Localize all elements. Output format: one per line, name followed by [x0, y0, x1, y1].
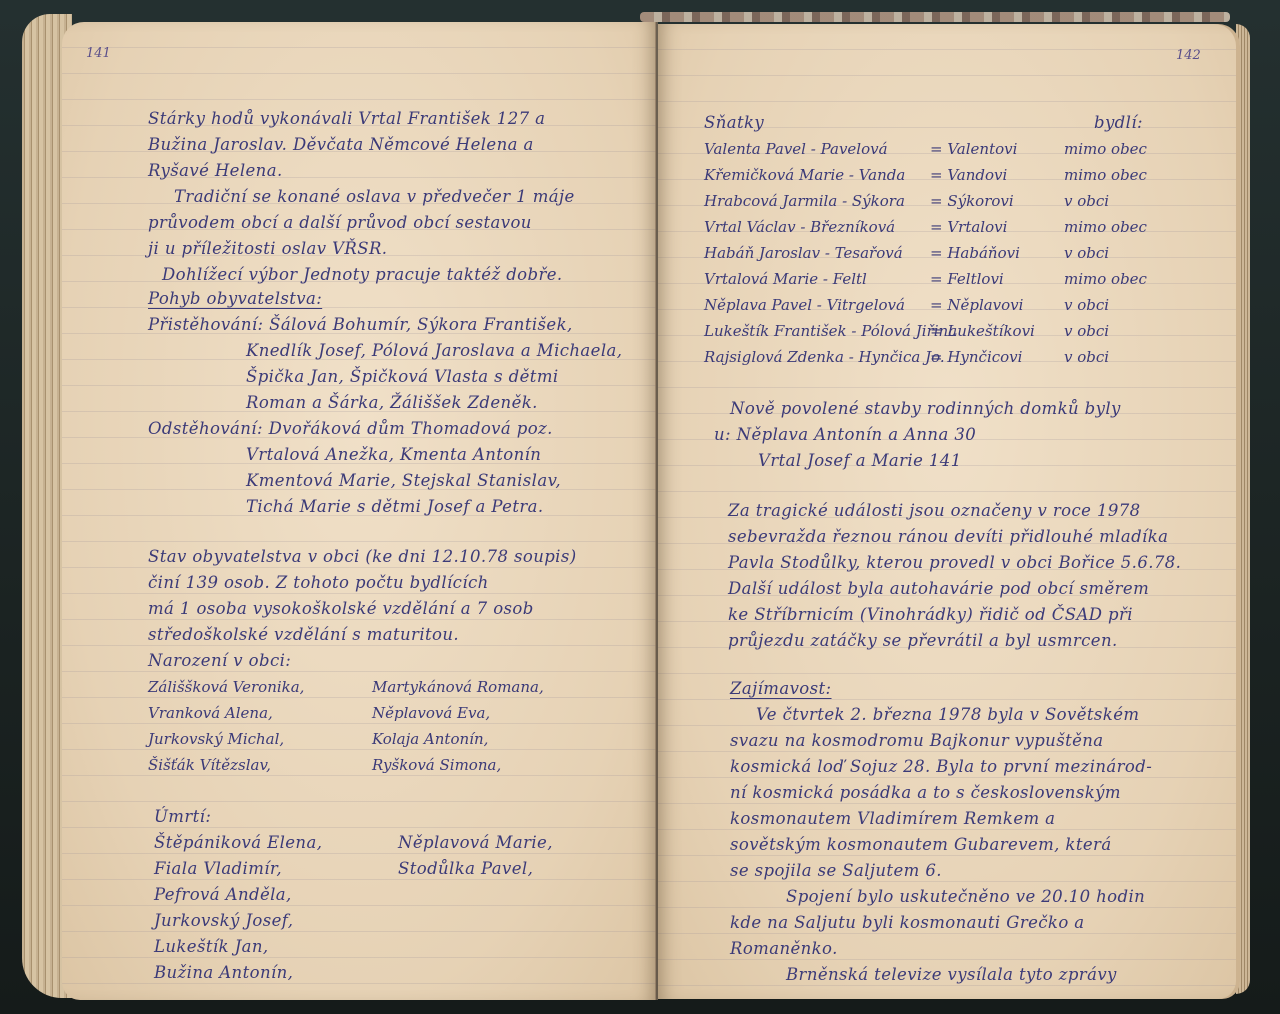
birth-name: Martykánová Romana, — [372, 674, 544, 700]
text-line: sovětským kosmonautem Gubarevem, která — [730, 832, 1112, 858]
birth-name: Jurkovský Michal, — [148, 726, 284, 752]
text-line: Ryšavé Helena. — [148, 158, 283, 184]
couple: Hrabcová Jarmila - Sýkora — [704, 188, 905, 214]
marriage-row: Habáň Jaroslav - Tesařová = Habáňovi v o… — [704, 240, 1224, 266]
text-line: u: Něplava Antonín a Anna 30 — [714, 422, 976, 448]
text-line: kosmická loď Sojuz 28. Byla to první mez… — [730, 754, 1152, 780]
couple: Valenta Pavel - Pavelová — [704, 136, 888, 162]
text-line: Brněnská televize vysílala tyto zprávy — [786, 962, 1117, 988]
page-number: 142 — [1176, 48, 1201, 63]
section-heading-births: Narození v obci: — [148, 648, 291, 674]
residence: v obci — [1064, 292, 1109, 318]
couple: Rajsiglová Zdenka - Hynčica Jo. — [704, 344, 945, 370]
family-name: = Hynčicovi — [930, 344, 1022, 370]
text-line: Odstěhování: Dvořáková dům Thomadová poz… — [148, 416, 553, 442]
death-name: Lukeštík Jan, — [154, 934, 269, 960]
couple: Něplava Pavel - Vitrgelová — [704, 292, 905, 318]
births-row: Záliššková Veronika, Martykánová Romana, — [148, 674, 648, 700]
births-row: Šišťák Vítězslav, Ryšková Simona, — [148, 752, 648, 778]
births-row: Vranková Alena, Něplavová Eva, — [148, 700, 648, 726]
death-name: Pefrová Anděla, — [154, 882, 292, 908]
text-line: Spojení bylo uskutečněno ve 20.10 hodin — [786, 884, 1145, 910]
birth-name: Kolaja Antonín, — [372, 726, 488, 752]
residence: mimo obec — [1064, 214, 1147, 240]
text-line: Přistěhování: Šálová Bohumír, Sýkora Fra… — [148, 312, 573, 338]
family-name: = Něplavovi — [930, 292, 1023, 318]
left-page: 141 Stárky hodů vykonávali Vrtal Františ… — [62, 22, 656, 1000]
text-line: Stav obyvatelstva v obci (ke dni 12.10.7… — [148, 544, 577, 570]
marriage-row: Vrtal Václav - Březníková = Vrtalovi mim… — [704, 214, 1224, 240]
death-name: Fiala Vladimír, — [154, 856, 282, 882]
couple: Křemičková Marie - Vanda — [704, 162, 905, 188]
section-heading-marriages: Sňatky — [704, 110, 764, 136]
section-heading-population: Pohyb obyvatelstva: — [148, 286, 322, 312]
text-line: Knedlík Josef, Pólová Jaroslava a Michae… — [246, 338, 622, 364]
family-name: = Lukeštíkovi — [930, 318, 1035, 344]
birth-name: Vranková Alena, — [148, 700, 273, 726]
text-line: Nově povolené stavby rodinných domků byl… — [730, 396, 1121, 422]
text-line: Dohlížecí výbor Jednoty pracuje taktéž d… — [162, 262, 563, 288]
marriage-row: Křemičková Marie - Vanda = Vandovi mimo … — [704, 162, 1224, 188]
death-name: Jurkovský Josef, — [154, 908, 293, 934]
page-number: 141 — [86, 46, 111, 61]
couple: Habáň Jaroslav - Tesařová — [704, 240, 903, 266]
residence: mimo obec — [1064, 266, 1147, 292]
text-line: Pavla Stodůlky, kterou provedl v obci Bo… — [728, 550, 1181, 576]
text-line: průvodem obcí a další průvod obcí sestav… — [148, 210, 532, 236]
death-name: Štěpániková Elena, — [154, 830, 322, 856]
text-line: kde na Saljutu byli kosmonauti Grečko a — [730, 910, 1085, 936]
death-name: Něplavová Marie, — [398, 830, 553, 856]
text-line: sebevražda řeznou ránou devíti přidlouhé… — [728, 524, 1168, 550]
couple: Vrtalová Marie - Feltl — [704, 266, 867, 292]
text-line: Stárky hodů vykonávali Vrtal František 1… — [148, 106, 545, 132]
text-line: středoškolské vzdělání s maturitou. — [148, 622, 459, 648]
marriage-row: Něplava Pavel - Vitrgelová = Něplavovi v… — [704, 292, 1224, 318]
family-name: = Habáňovi — [930, 240, 1020, 266]
text-line: Vrtal Josef a Marie 141 — [758, 448, 962, 474]
residence: v obci — [1064, 344, 1109, 370]
text-line: Špička Jan, Špičková Vlasta s dětmi — [246, 364, 559, 390]
text-line: Tichá Marie s dětmi Josef a Petra. — [246, 494, 544, 520]
marriage-row: Hrabcová Jarmila - Sýkora = Sýkorovi v o… — [704, 188, 1224, 214]
text-line: ji u příležitosti oslav VŘSR. — [148, 236, 387, 262]
text-line: ke Stříbrnicím (Vinohrádky) řidič od ČSA… — [728, 602, 1133, 628]
death-name: Bužina Antonín, — [154, 960, 293, 986]
text-line: Bužina Jaroslav. Děvčata Němcové Helena … — [148, 132, 534, 158]
residence: v obci — [1064, 188, 1109, 214]
couple: Lukeštík František - Pólová Jiřina — [704, 318, 957, 344]
text-line: svazu na kosmodromu Bajkonur vypuštěna — [730, 728, 1104, 754]
text-line: Ve čtvrtek 2. března 1978 byla v Sovětsk… — [756, 702, 1139, 728]
text-line: Kmentová Marie, Stejskal Stanislav, — [246, 468, 561, 494]
birth-name: Šišťák Vítězslav, — [148, 752, 271, 778]
family-name: = Vrtalovi — [930, 214, 1007, 240]
text-line: průjezdu zatáčky se převrátil a byl usmr… — [728, 628, 1118, 654]
text-line: ní kosmická posádka a to s československ… — [730, 780, 1121, 806]
section-heading-interesting: Zajímavost: — [730, 676, 832, 702]
residence: v obci — [1064, 318, 1109, 344]
text-line: Za tragické události jsou označeny v roc… — [728, 498, 1141, 524]
marriage-row: Rajsiglová Zdenka - Hynčica Jo. = Hynčic… — [704, 344, 1224, 370]
couple: Vrtal Václav - Březníková — [704, 214, 895, 240]
text-line: má 1 osoba vysokoškolské vzdělání a 7 os… — [148, 596, 534, 622]
marriage-row: Valenta Pavel - Pavelová = Valentovi mim… — [704, 136, 1224, 162]
birth-name: Něplavová Eva, — [372, 700, 490, 726]
section-heading-deaths: Úmrtí: — [154, 804, 211, 830]
family-name: = Sýkorovi — [930, 188, 1014, 214]
family-name: = Valentovi — [930, 136, 1017, 162]
text-line: se spojila se Saljutem 6. — [730, 858, 942, 884]
text-line: činí 139 osob. Z tohoto počtu bydlících — [148, 570, 489, 596]
marriage-row: Vrtalová Marie - Feltl = Feltlovi mimo o… — [704, 266, 1224, 292]
book-headband — [640, 12, 1230, 22]
birth-name: Ryšková Simona, — [372, 752, 501, 778]
family-name: = Vandovi — [930, 162, 1007, 188]
text-line: kosmonautem Vladimírem Remkem a — [730, 806, 1055, 832]
marriage-row: Lukeštík František - Pólová Jiřina = Luk… — [704, 318, 1224, 344]
births-row: Jurkovský Michal, Kolaja Antonín, — [148, 726, 648, 752]
text-line: Romaněnko. — [730, 936, 838, 962]
residence: mimo obec — [1064, 136, 1147, 162]
residence: mimo obec — [1064, 162, 1147, 188]
residence-heading: bydlí: — [1094, 110, 1143, 136]
text-line: Roman a Šárka, Žáliššek Zdeněk. — [246, 390, 538, 416]
text-line: Tradiční se konané oslava v předvečer 1 … — [174, 184, 575, 210]
text-line: Další událost byla autohavárie pod obcí … — [728, 576, 1149, 602]
text-line: Vrtalová Anežka, Kmenta Antonín — [246, 442, 541, 468]
birth-name: Záliššková Veronika, — [148, 674, 304, 700]
family-name: = Feltlovi — [930, 266, 1004, 292]
right-page: 142 Sňatky bydlí: Valenta Pavel - Pavelo… — [658, 24, 1240, 999]
death-name: Stodůlka Pavel, — [398, 856, 533, 882]
residence: v obci — [1064, 240, 1109, 266]
